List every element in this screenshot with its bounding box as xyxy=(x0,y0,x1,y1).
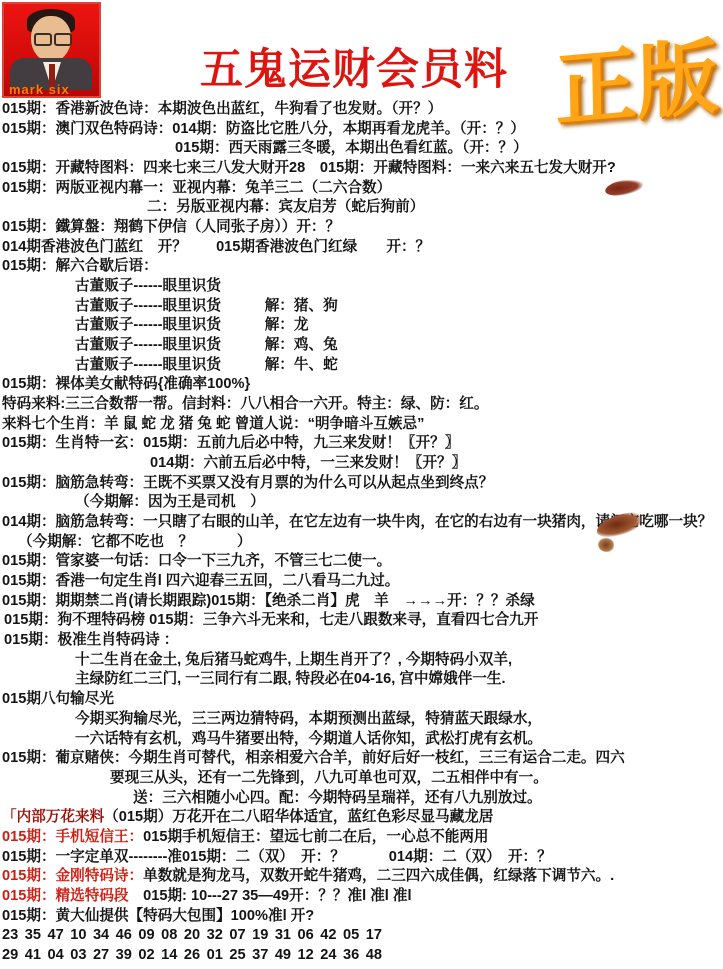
text-segment: 015期：一字定单双--------准015期：二（双） 开：？ 014期：二（… xyxy=(2,849,552,865)
doc-line: 特码来料:三三合数帮一帮。信封料：八八相合一六开。特主：绿、防：红。 xyxy=(0,395,723,415)
lucky-number: 19 xyxy=(252,926,268,946)
text-segment: 015期：极准生肖特码诗 ： xyxy=(4,632,178,648)
lucky-number: 29 xyxy=(2,946,18,966)
text-segment: 今期买狗输尽光，三三两边猜特码，本期预测出蓝绿，特猜蓝天跟绿水， xyxy=(75,711,542,727)
lucky-number: 12 xyxy=(298,946,314,966)
doc-line: 015期：两版亚视内幕一：亚视内幕：兔羊三二（二六合数） xyxy=(0,179,723,199)
doc-line: 015期：香港一句定生肖l 四六迎春三五回，二八看马二九过。 xyxy=(0,572,723,592)
text-segment: 古董贩子------眼里识货 解：龙 xyxy=(75,317,308,333)
lucky-number: 48 xyxy=(366,946,382,966)
text-segment: （今期解：因为王是司机 ） xyxy=(75,494,265,510)
doc-line: 今期买狗输尽光，三三两边猜特码，本期预测出蓝绿，特猜蓝天跟绿水， xyxy=(0,710,723,730)
doc-line: 二：另版亚视内幕：宾友启芳（蛇后狗前） xyxy=(0,198,723,218)
lucky-number: 49 xyxy=(275,946,291,966)
doc-line: 古董贩子------眼里识货 解：鸡、兔 xyxy=(0,336,723,356)
doc-line: 015期八句输尽光 xyxy=(0,690,723,710)
lucky-number: 03 xyxy=(70,946,86,966)
text-segment: 015期：香港一句定生肖l 四六迎春三五回，二八看马二九过。 xyxy=(2,573,399,589)
doc-line: 古董贩子------眼里识货 解：龙 xyxy=(0,316,723,336)
lucky-number: 26 xyxy=(184,946,200,966)
text-segment: 014期香港波色门蓝红 开？ 015期香港波色门红绿 开：？ xyxy=(2,239,430,255)
lucky-number: 10 xyxy=(70,926,86,946)
lucky-number: 07 xyxy=(229,926,245,946)
text-segment: （015期）万花开在二八昭华体适宜，蓝红色彩尽显马藏龙居 xyxy=(104,809,493,825)
page-title: 五鬼运财会员料 xyxy=(200,36,508,97)
doc-line: 015期：狗不理特码榜 015期：三争六斗无来和，七走八跟数来寻，直看四七合九开 xyxy=(0,611,723,631)
lucky-number: 36 xyxy=(343,946,359,966)
text-segment: 015期：葡京赌侠：今期生肖可替代，相亲相爱六合羊，前好后好一枝红，三三有运合二… xyxy=(2,750,625,766)
lucky-number: 09 xyxy=(138,926,154,946)
doc-line: （今期解：它都不吃也 ？ ） xyxy=(0,533,723,553)
doc-line: 015期：西天雨露三冬暖，本期出色看红蓝。（开：？） xyxy=(0,139,723,159)
lucky-number: 05 xyxy=(343,926,359,946)
number-row: 2335471034460908203207193106420517 xyxy=(0,926,723,946)
lucky-number: 39 xyxy=(116,946,132,966)
doc-line: 015期：开藏特图料：四来七来三八发大财开28 015期：开藏特图料：一来六来五… xyxy=(0,159,723,179)
doc-line: 015期：黄大仙提供【特码大包围】100%准l 开? xyxy=(0,907,723,927)
text-segment: 单数就是狗龙马，双数开蛇牛猪鸡，二三四六成佳偶，红绿落下调节六。. xyxy=(143,868,614,884)
page-root: mark six 五鬼运财会员料 正版 015期：香港新波色诗：本期波色出蓝红，… xyxy=(0,0,723,969)
text-segment: 015期：黄大仙提供【特码大包围】100%准l 开? xyxy=(2,908,314,924)
doc-line: 来料七个生肖：羊 鼠 蛇 龙 猪 兔 蛇 曾道人说：“明争暗斗互嫉忌” xyxy=(0,415,723,435)
lucky-number: 31 xyxy=(275,926,291,946)
doc-line: 015期：脑筋急转弯：王既不买票又没有月票的为什么可以从起点坐到终点？ xyxy=(0,474,723,494)
doc-line: 014期香港波色门蓝红 开？ 015期香港波色门红绿 开：？ xyxy=(0,238,723,258)
lucky-number: 37 xyxy=(252,946,268,966)
glasses-right-lens xyxy=(54,33,72,46)
lucky-number: 27 xyxy=(93,946,109,966)
doc-line: 「内部万花来料（015期）万花开在二八昭华体适宜，蓝红色彩尽显马藏龙居 xyxy=(0,808,723,828)
lucky-number: 02 xyxy=(138,946,154,966)
doc-line: 014期：脑筋急转弯：一只瞎了右眼的山羊，在它左边有一块牛肉，在它的右边有一块猪… xyxy=(0,513,723,533)
lucky-number: 47 xyxy=(47,926,63,946)
doc-line: 015期：一字定单双--------准015期：二（双） 开：？ 014期：二（… xyxy=(0,848,723,868)
doc-line: 要现三从头，还有一二先锋到，八九可单也可双，二五相伴中有一。 xyxy=(0,769,723,789)
doc-line: 古董贩子------眼里识货 解：猪、狗 xyxy=(0,297,723,317)
doc-line: 014期：六前五后必中特，一三来发财！〖开？〗 xyxy=(0,454,723,474)
glasses-left-lens xyxy=(34,33,52,46)
doc-line: （今期解：因为王是司机 ） xyxy=(0,493,723,513)
doc-line: 015期：解六合歇后语： xyxy=(0,257,723,277)
text-segment: 一六话特有玄机，鸡马牛猪要出特，今期道人话你知，武松打虎有玄机。 xyxy=(75,731,542,747)
doc-line: 015期：金刚特码诗：单数就是狗龙马，双数开蛇牛猪鸡，二三四六成佳偶，红绿落下调… xyxy=(0,867,723,887)
lucky-number: 20 xyxy=(184,926,200,946)
text-segment: 015期：开藏特图料：四来七来三八发大财开28 015期：开藏特图料：一来六来五… xyxy=(2,160,616,176)
number-row: 2941040327390214260125374912243648 xyxy=(0,946,723,966)
text-segment: 015期：手机短信王： xyxy=(2,829,143,845)
text-segment: 015期：脑筋急转弯：王既不买票又没有月票的为什么可以从起点坐到终点？ xyxy=(2,475,493,491)
document-lines: 015期：香港新波色诗：本期波色出蓝红，牛狗看了也发财。（开？）015期：澳门双… xyxy=(0,100,723,966)
text-segment: 015期：管家婆一句话：口令一下三九齐，不管三七二使一。 xyxy=(2,553,391,569)
lucky-number: 35 xyxy=(25,926,41,946)
doc-line: 古董贩子------眼里识货 xyxy=(0,277,723,297)
doc-line: 015期：极准生肖特码诗 ： xyxy=(0,631,723,651)
text-segment: 015期：两版亚视内幕一：亚视内幕：兔羊三二（二六合数） xyxy=(2,180,391,196)
text-segment: 「内部万花来料 xyxy=(2,809,104,825)
text-segment: 015期：裸体美女献特码{准确率100%} xyxy=(2,376,250,392)
text-segment: 015期：鐵算盤：翔鹤下伊信（人同张子房））开：？ xyxy=(2,219,340,235)
text-segment: 来料七个生肖：羊 鼠 蛇 龙 猪 兔 蛇 曾道人说：“明争暗斗互嫉忌” xyxy=(2,416,424,432)
text-segment: 015期：香港新波色诗：本期波色出蓝红，牛狗看了也发财。（开？） xyxy=(2,101,442,117)
lucky-number: 17 xyxy=(366,926,382,946)
portrait-photo: mark six xyxy=(2,2,101,98)
text-segment: 015期八句输尽光 xyxy=(2,691,114,707)
lucky-number: 14 xyxy=(161,946,177,966)
lucky-number: 23 xyxy=(2,926,18,946)
text-segment: 古董贩子------眼里识货 解：牛、蛇 xyxy=(75,357,338,373)
text-segment: 015期：期期禁二肖(请长期跟踪)015期：【绝杀二肖】虎 羊 →→→开：？？杀… xyxy=(2,593,535,609)
text-segment: 015期手机短信王：望远七前二在后，一心总不能两用 xyxy=(143,829,488,845)
doc-line: 015期：生肖特一玄：015期：五前九后必中特，九三来发财！〖开？〗 xyxy=(0,434,723,454)
lucky-number: 46 xyxy=(116,926,132,946)
text-segment: 主绿防红二三门, 一三同行有二跟, 特段必在04-16, 宫中嫦娥伴一生. xyxy=(75,671,506,687)
doc-line: 十二生肖在金土, 兔后猪马蛇鸡牛, 上期生肖开了？, 今期特码小双羊, xyxy=(0,651,723,671)
lucky-number: 06 xyxy=(298,926,314,946)
doc-line: 015期：管家婆一句话：口令一下三九齐，不管三七二使一。 xyxy=(0,552,723,572)
text-segment: 要现三从头，还有一二先锋到，八九可单也可双，二五相伴中有一。 xyxy=(110,770,548,786)
doc-line: 送：三六相随小心四。配：今期特码呈瑞祥，还有八九别放过。 xyxy=(0,789,723,809)
text-segment: 014期：脑筋急转弯：一只瞎了右眼的山羊，在它左边有一块牛肉，在它的右边有一块猪… xyxy=(2,514,712,530)
text-segment: 015期: 10---27 35—49开：？？准l 准l 准l xyxy=(129,888,412,904)
text-segment: 015期：狗不理特码榜 015期：三争六斗无来和，七走八跟数来寻，直看四七合九开 xyxy=(4,612,538,628)
lucky-number: 32 xyxy=(207,926,223,946)
text-segment: 014期：六前五后必中特，一三来发财！〖开？〗 xyxy=(150,455,466,471)
lucky-number: 25 xyxy=(229,946,245,966)
doc-line: 015期：手机短信王：015期手机短信王：望远七前二在后，一心总不能两用 xyxy=(0,828,723,848)
text-segment: 015期：西天雨露三冬暖，本期出色看红蓝。（开：？） xyxy=(175,140,528,156)
lucky-number: 34 xyxy=(93,926,109,946)
lucky-number: 04 xyxy=(47,946,63,966)
doc-line: 一六话特有玄机，鸡马牛猪要出特，今期道人话你知，武松打虎有玄机。 xyxy=(0,730,723,750)
doc-line: 015期：精选特码段 015期: 10---27 35—49开：？？准l 准l … xyxy=(0,887,723,907)
doc-line: 主绿防红二三门, 一三同行有二跟, 特段必在04-16, 宫中嫦娥伴一生. xyxy=(0,670,723,690)
doc-line: 015期：期期禁二肖(请长期跟踪)015期：【绝杀二肖】虎 羊 →→→开：？？杀… xyxy=(0,592,723,612)
lucky-number: 42 xyxy=(320,926,336,946)
text-segment: 送：三六相随小心四。配：今期特码呈瑞祥，还有八九别放过。 xyxy=(133,790,542,806)
text-segment: 015期：解六合歇后语： xyxy=(2,258,158,274)
doc-line: 古董贩子------眼里识货 解：牛、蛇 xyxy=(0,356,723,376)
text-segment: 二：另版亚视内幕：宾友启芳（蛇后狗前） xyxy=(147,199,424,215)
text-segment: 015期：生肖特一玄：015期：五前九后必中特，九三来发财！〖开？〗 xyxy=(2,435,459,451)
portrait-caption: mark six xyxy=(9,82,70,97)
authenticity-badge: 正版 xyxy=(555,35,720,136)
text-segment: 015期：澳门双色特码诗：014期：防盗比它胜八分，本期再看龙虎羊。（开：？） xyxy=(2,121,525,137)
doc-line: 015期：葡京赌侠：今期生肖可替代，相亲相爱六合羊，前好后好一枝红，三三有运合二… xyxy=(0,749,723,769)
text-segment: 015期：精选特码段 xyxy=(2,888,129,904)
text-segment: （今期解：它都不吃也 ？ ） xyxy=(18,534,252,550)
text-segment: 古董贩子------眼里识货 解：鸡、兔 xyxy=(75,337,338,353)
text-segment: 015期：金刚特码诗： xyxy=(2,868,143,884)
lucky-number: 24 xyxy=(320,946,336,966)
lucky-number: 41 xyxy=(25,946,41,966)
lucky-number: 08 xyxy=(161,926,177,946)
doc-line: 015期：裸体美女献特码{准确率100%} xyxy=(0,375,723,395)
text-segment: 古董贩子------眼里识货 xyxy=(75,278,221,294)
doc-line: 015期：鐵算盤：翔鹤下伊信（人同张子房））开：？ xyxy=(0,218,723,238)
text-segment: 古董贩子------眼里识货 解：猪、狗 xyxy=(75,298,338,314)
text-segment: 特码来料:三三合数帮一帮。信封料：八八相合一六开。特主：绿、防：红。 xyxy=(2,396,488,412)
text-segment: 十二生肖在金土, 兔后猪马蛇鸡牛, 上期生肖开了？, 今期特码小双羊, xyxy=(75,652,512,668)
lucky-number: 01 xyxy=(207,946,223,966)
